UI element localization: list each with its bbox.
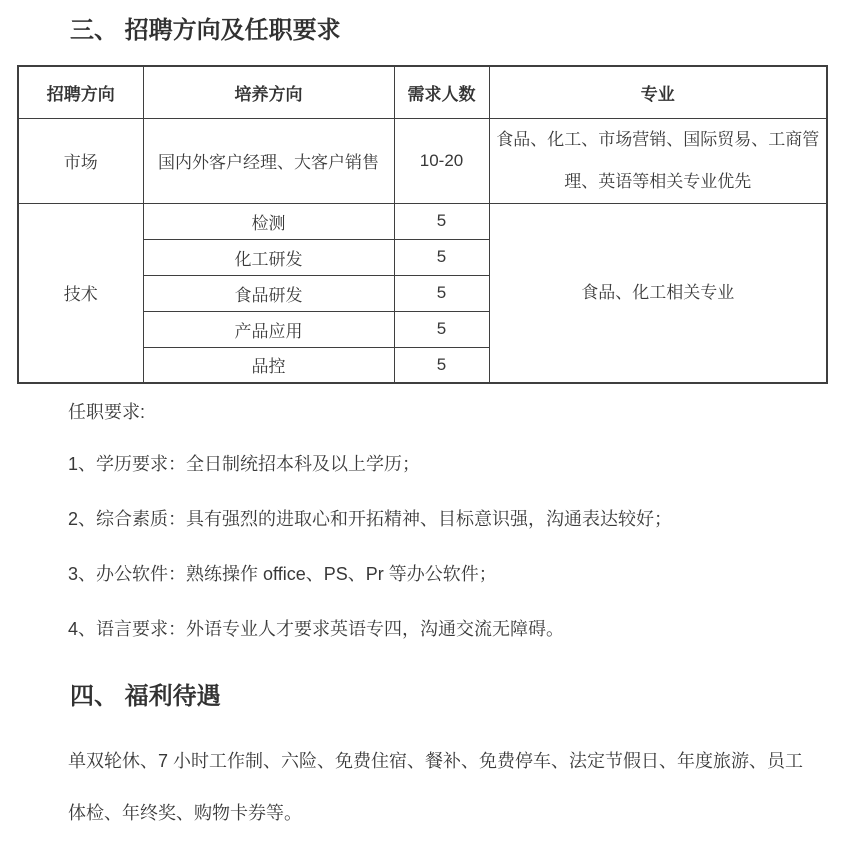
header-direction: 招聘方向 [18, 66, 143, 118]
benefits-paragraph: 单双轮休、7 小时工作制、六险、免费住宿、餐补、免费停车、法定节假日、年度旅游、… [68, 735, 818, 839]
cell-tech-headcount: 5 [394, 275, 489, 311]
cell-tech-training: 品控 [143, 347, 394, 383]
requirement-item-quality: 2、综合素质：具有强烈的进取心和开拓精神、目标意识强，沟通表达较好； [68, 506, 672, 532]
document-page: 三、 招聘方向及任职要求 招聘方向 培养方向 需求人数 专业 市场 国内外客户经… [0, 0, 849, 846]
cell-tech-direction: 技术 [18, 203, 143, 383]
section-3-heading: 三、 招聘方向及任职要求 [70, 16, 341, 46]
table-body: 市场 国内外客户经理、大客户销售 10-20 食品、化工、市场营销、国际贸易、工… [18, 118, 827, 383]
requirement-item-software: 3、办公软件：熟练操作 office、PS、Pr 等办公软件； [68, 561, 497, 587]
cell-market-training: 国内外客户经理、大客户销售 [143, 118, 394, 203]
cell-tech-major: 食品、化工相关专业 [489, 203, 827, 383]
cell-tech-training: 产品应用 [143, 311, 394, 347]
cell-tech-headcount: 5 [394, 347, 489, 383]
requirement-item-language: 4、语言要求：外语专业人才要求英语专四，沟通交流无障碍。 [68, 616, 564, 642]
recruitment-table: 招聘方向 培养方向 需求人数 专业 市场 国内外客户经理、大客户销售 10-20… [17, 65, 828, 384]
cell-tech-headcount: 5 [394, 203, 489, 239]
cell-market-direction: 市场 [18, 118, 143, 203]
header-major: 专业 [489, 66, 827, 118]
cell-tech-training: 检测 [143, 203, 394, 239]
cell-tech-training: 食品研发 [143, 275, 394, 311]
header-headcount: 需求人数 [394, 66, 489, 118]
cell-tech-headcount: 5 [394, 311, 489, 347]
cell-market-headcount: 10-20 [394, 118, 489, 203]
table-header-row: 招聘方向 培养方向 需求人数 专业 [18, 66, 827, 118]
cell-tech-headcount: 5 [394, 239, 489, 275]
requirements-heading: 任职要求: [68, 399, 145, 425]
cell-tech-training: 化工研发 [143, 239, 394, 275]
header-training: 培养方向 [143, 66, 394, 118]
cell-market-major: 食品、化工、市场营销、国际贸易、工商管理、英语等相关专业优先 [489, 118, 827, 203]
table-row-tech-1: 技术 检测 5 食品、化工相关专业 [18, 203, 827, 239]
section-4-heading: 四、 福利待遇 [70, 682, 221, 712]
table-header: 招聘方向 培养方向 需求人数 专业 [18, 66, 827, 118]
requirement-item-education: 1、学历要求：全日制统招本科及以上学历； [68, 451, 420, 477]
table-row-market: 市场 国内外客户经理、大客户销售 10-20 食品、化工、市场营销、国际贸易、工… [18, 118, 827, 203]
